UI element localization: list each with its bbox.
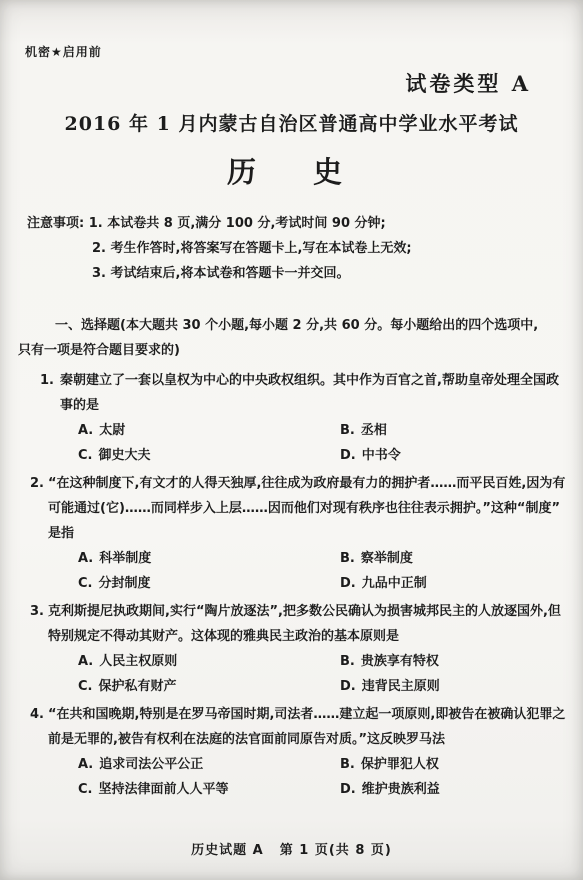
option-c-label: C. bbox=[78, 679, 92, 694]
option-c-label: C. bbox=[78, 576, 92, 591]
notices-label: 注意事项: bbox=[27, 216, 84, 231]
question-1-options: A.太尉 B.丞相 C.御史大夫 D.中书令 bbox=[78, 418, 569, 468]
classification-label: 机密★启用前 bbox=[25, 43, 102, 60]
exam-title: 2016 年 1 月内蒙古自治区普通高中学业水平考试 bbox=[0, 109, 583, 136]
option-a-label: A. bbox=[78, 757, 93, 772]
question-4-options: A.追求司法公平公正 B.保护罪犯人权 C.坚持法律面前人人平等 D.维护贵族利… bbox=[78, 752, 569, 802]
option-d: D.九品中正制 bbox=[340, 571, 569, 596]
option-d-text: 中书令 bbox=[362, 448, 401, 463]
option-a: A.太尉 bbox=[78, 418, 340, 443]
option-c-label: C. bbox=[78, 782, 92, 797]
option-a: A.科举制度 bbox=[78, 546, 340, 571]
question-list: 1. 秦朝建立了一套以皇权为中心的中央政权组织。其中作为百官之首,帮助皇帝处理全… bbox=[0, 368, 583, 802]
option-b-label: B. bbox=[340, 654, 355, 669]
option-a: A.人民主权原则 bbox=[78, 649, 340, 674]
option-d-label: D. bbox=[340, 448, 356, 463]
option-c-text: 分封制度 bbox=[98, 576, 150, 591]
question-3: 3. 克利斯提尼执政期间,实行“陶片放逐法”,把多数公民确认为损害城邦民主的人放… bbox=[0, 599, 583, 699]
option-d-text: 违背民主原则 bbox=[362, 679, 440, 694]
option-d-text: 九品中正制 bbox=[362, 576, 427, 591]
notice-item-3: 3. 考试结束后,将本试卷和答题卡一并交回。 bbox=[27, 261, 563, 286]
option-a: A.追求司法公平公正 bbox=[78, 752, 340, 777]
option-b-text: 察举制度 bbox=[361, 551, 413, 566]
option-d-label: D. bbox=[340, 679, 356, 694]
option-a-text: 科举制度 bbox=[99, 551, 151, 566]
option-c: C.分封制度 bbox=[78, 571, 340, 596]
notice-line-1: 注意事项: 1. 本试卷共 8 页,满分 100 分,考试时间 90 分钟; bbox=[27, 211, 563, 236]
question-1: 1. 秦朝建立了一套以皇权为中心的中央政权组织。其中作为百官之首,帮助皇帝处理全… bbox=[0, 368, 583, 468]
option-a-label: A. bbox=[78, 654, 93, 669]
option-b: B.贵族享有特权 bbox=[340, 649, 569, 674]
page-footer: 历史试题 A第 1 页(共 8 页) bbox=[0, 839, 583, 858]
option-c-text: 坚持法律面前人人平等 bbox=[98, 782, 228, 797]
option-d: D.中书令 bbox=[340, 443, 569, 468]
option-a-label: A. bbox=[78, 423, 93, 438]
question-2: 2. “在这种制度下,有文才的人得天独厚,往往成为政府最有力的拥护者……而平民百… bbox=[0, 471, 583, 596]
question-2-number: 2. bbox=[30, 471, 44, 496]
option-a-label: A. bbox=[78, 551, 93, 566]
option-b-text: 贵族享有特权 bbox=[361, 654, 439, 669]
option-c: C.坚持法律面前人人平等 bbox=[78, 777, 340, 802]
option-a-text: 太尉 bbox=[99, 423, 125, 438]
option-d: D.维护贵族利益 bbox=[340, 777, 569, 802]
question-2-stem: “在这种制度下,有文才的人得天独厚,往往成为政府最有力的拥护者……而平民百姓,因… bbox=[48, 471, 569, 546]
option-a-text: 人民主权原则 bbox=[99, 654, 177, 669]
option-b-label: B. bbox=[340, 551, 355, 566]
option-b: B.察举制度 bbox=[340, 546, 569, 571]
section-heading: 一、选择题(本大题共 30 个小题,每小题 2 分,共 60 分。每小题给出的四… bbox=[0, 313, 583, 363]
notice-item-2: 2. 考生作答时,将答案写在答题卡上,写在本试卷上无效; bbox=[27, 236, 563, 261]
subject-title: 历 史 bbox=[0, 150, 583, 191]
notice-item-1: 1. 本试卷共 8 页,满分 100 分,考试时间 90 分钟; bbox=[89, 216, 386, 231]
question-3-stem: 克利斯提尼执政期间,实行“陶片放逐法”,把多数公民确认为损害城邦民主的人放逐国外… bbox=[48, 599, 569, 649]
paper-body: 注意事项: 1. 本试卷共 8 页,满分 100 分,考试时间 90 分钟; 2… bbox=[0, 211, 583, 840]
footer-doc-label: 历史试题 A bbox=[191, 843, 264, 858]
notices-block: 注意事项: 1. 本试卷共 8 页,满分 100 分,考试时间 90 分钟; 2… bbox=[0, 211, 583, 286]
option-d-label: D. bbox=[340, 576, 356, 591]
footer-page-number: 第 1 页(共 8 页) bbox=[280, 843, 392, 858]
option-c-text: 保护私有财产 bbox=[98, 679, 176, 694]
option-b: B.保护罪犯人权 bbox=[340, 752, 569, 777]
option-b-label: B. bbox=[340, 423, 355, 438]
option-c-label: C. bbox=[78, 448, 92, 463]
option-d-label: D. bbox=[340, 782, 356, 797]
question-1-number: 1. bbox=[40, 368, 54, 393]
option-c: C.御史大夫 bbox=[78, 443, 340, 468]
question-4-stem: “在共和国晚期,特别是在罗马帝国时期,司法者……建立起一项原则,即被告在被确认犯… bbox=[48, 702, 569, 752]
exam-paper-page: 机密★启用前 试卷类型 A 2016 年 1 月内蒙古自治区普通高中学业水平考试… bbox=[0, 0, 583, 880]
question-3-options: A.人民主权原则 B.贵族享有特权 C.保护私有财产 D.违背民主原则 bbox=[78, 649, 569, 699]
option-c: C.保护私有财产 bbox=[78, 674, 340, 699]
question-4: 4. “在共和国晚期,特别是在罗马帝国时期,司法者……建立起一项原则,即被告在被… bbox=[0, 702, 583, 802]
option-b-label: B. bbox=[340, 757, 355, 772]
question-2-options: A.科举制度 B.察举制度 C.分封制度 D.九品中正制 bbox=[78, 546, 569, 596]
section-heading-line2: 只有一项是符合题目要求的) bbox=[18, 338, 567, 363]
option-b-text: 丞相 bbox=[361, 423, 387, 438]
option-b: B.丞相 bbox=[340, 418, 569, 443]
option-d-text: 维护贵族利益 bbox=[362, 782, 440, 797]
option-a-text: 追求司法公平公正 bbox=[99, 757, 203, 772]
option-b-text: 保护罪犯人权 bbox=[361, 757, 439, 772]
paper-type-label: 试卷类型 A bbox=[405, 68, 531, 98]
option-d: D.违背民主原则 bbox=[340, 674, 569, 699]
option-c-text: 御史大夫 bbox=[98, 448, 150, 463]
question-1-stem: 秦朝建立了一套以皇权为中心的中央政权组织。其中作为百官之首,帮助皇帝处理全国政事… bbox=[60, 368, 569, 418]
section-heading-line1: 一、选择题(本大题共 30 个小题,每小题 2 分,共 60 分。每小题给出的四… bbox=[18, 313, 567, 338]
question-3-number: 3. bbox=[30, 599, 44, 624]
question-4-number: 4. bbox=[30, 702, 44, 727]
